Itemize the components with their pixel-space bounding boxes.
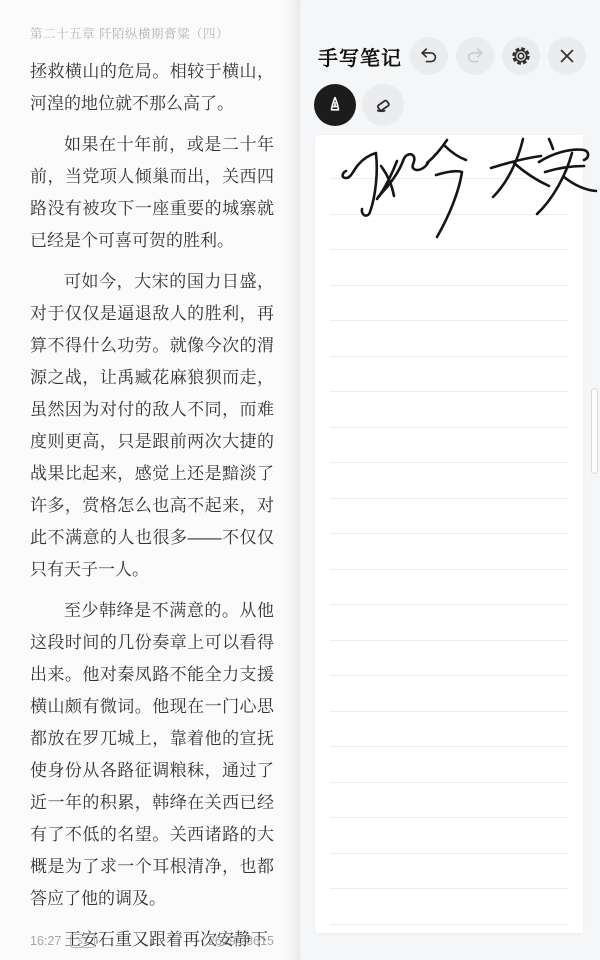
tools-row	[314, 84, 404, 126]
clock-time: 16:27	[30, 934, 61, 948]
paragraph: 可如今，大宋的国力日盛，对于仅仅是逼退敌人的胜利，再算不得什么功劳。就像今次的渭…	[30, 266, 274, 586]
note-canvas[interactable]	[315, 135, 583, 933]
rule-line	[330, 711, 568, 712]
rule-line	[330, 746, 568, 747]
reader-pane[interactable]: 第二十五章 阡陌纵横期膏粱（四） 拯救横山的危局。相较于横山，河湟的地位就不那么…	[0, 0, 300, 960]
close-button[interactable]	[548, 37, 586, 75]
reading-progress: 2629/23615	[208, 934, 274, 948]
rule-line	[330, 853, 568, 854]
paragraph: 至少韩绛是不满意的。从他这段时间的几份奏章上可以看得出来。他对秦凤路不能全力支援…	[30, 595, 274, 915]
battery-icon: 51	[70, 934, 95, 948]
rule-line	[330, 888, 568, 889]
header-buttons	[410, 37, 586, 75]
notes-panel-header: 手写笔记	[318, 37, 586, 75]
rule-line	[330, 462, 568, 463]
handwriting-notes-panel: 手写笔记	[300, 0, 600, 960]
reader-body: 拯救横山的危局。相较于横山，河湟的地位就不那么高了。如果在十年前，或是二十年前，…	[30, 56, 274, 956]
redo-button[interactable]	[456, 37, 494, 75]
undo-icon	[418, 45, 440, 67]
rule-line	[330, 569, 568, 570]
rule-line	[330, 640, 568, 641]
rule-line	[330, 817, 568, 818]
rule-line	[330, 533, 568, 534]
paragraph: 拯救横山的危局。相较于横山，河湟的地位就不那么高了。	[30, 56, 274, 120]
handwriting-strokes	[315, 135, 583, 415]
paragraph: 如果在十年前，或是二十年前，当党项人倾巢而出，关西四路没有被攻下一座重要的城寨就…	[30, 129, 274, 257]
rule-line	[330, 604, 568, 605]
battery-percent: 51	[78, 937, 87, 946]
rule-line	[330, 427, 568, 428]
rule-line	[330, 675, 568, 676]
pen-icon	[325, 95, 345, 115]
undo-button[interactable]	[410, 37, 448, 75]
close-icon	[556, 45, 578, 67]
redo-icon	[464, 45, 486, 67]
eraser-icon	[373, 95, 393, 115]
gear-icon	[510, 45, 532, 67]
reader-footer: 16:27 51 2629/23615	[30, 933, 274, 949]
panel-scrollbar[interactable]	[591, 388, 598, 474]
chapter-header: 第二十五章 阡陌纵横期膏粱（四）	[30, 24, 270, 42]
panel-title: 手写笔记	[318, 42, 402, 71]
rule-line	[330, 924, 568, 925]
settings-button[interactable]	[502, 37, 540, 75]
rule-line	[330, 782, 568, 783]
pen-tool-button[interactable]	[314, 84, 356, 126]
eraser-tool-button[interactable]	[362, 84, 404, 126]
rule-line	[330, 498, 568, 499]
